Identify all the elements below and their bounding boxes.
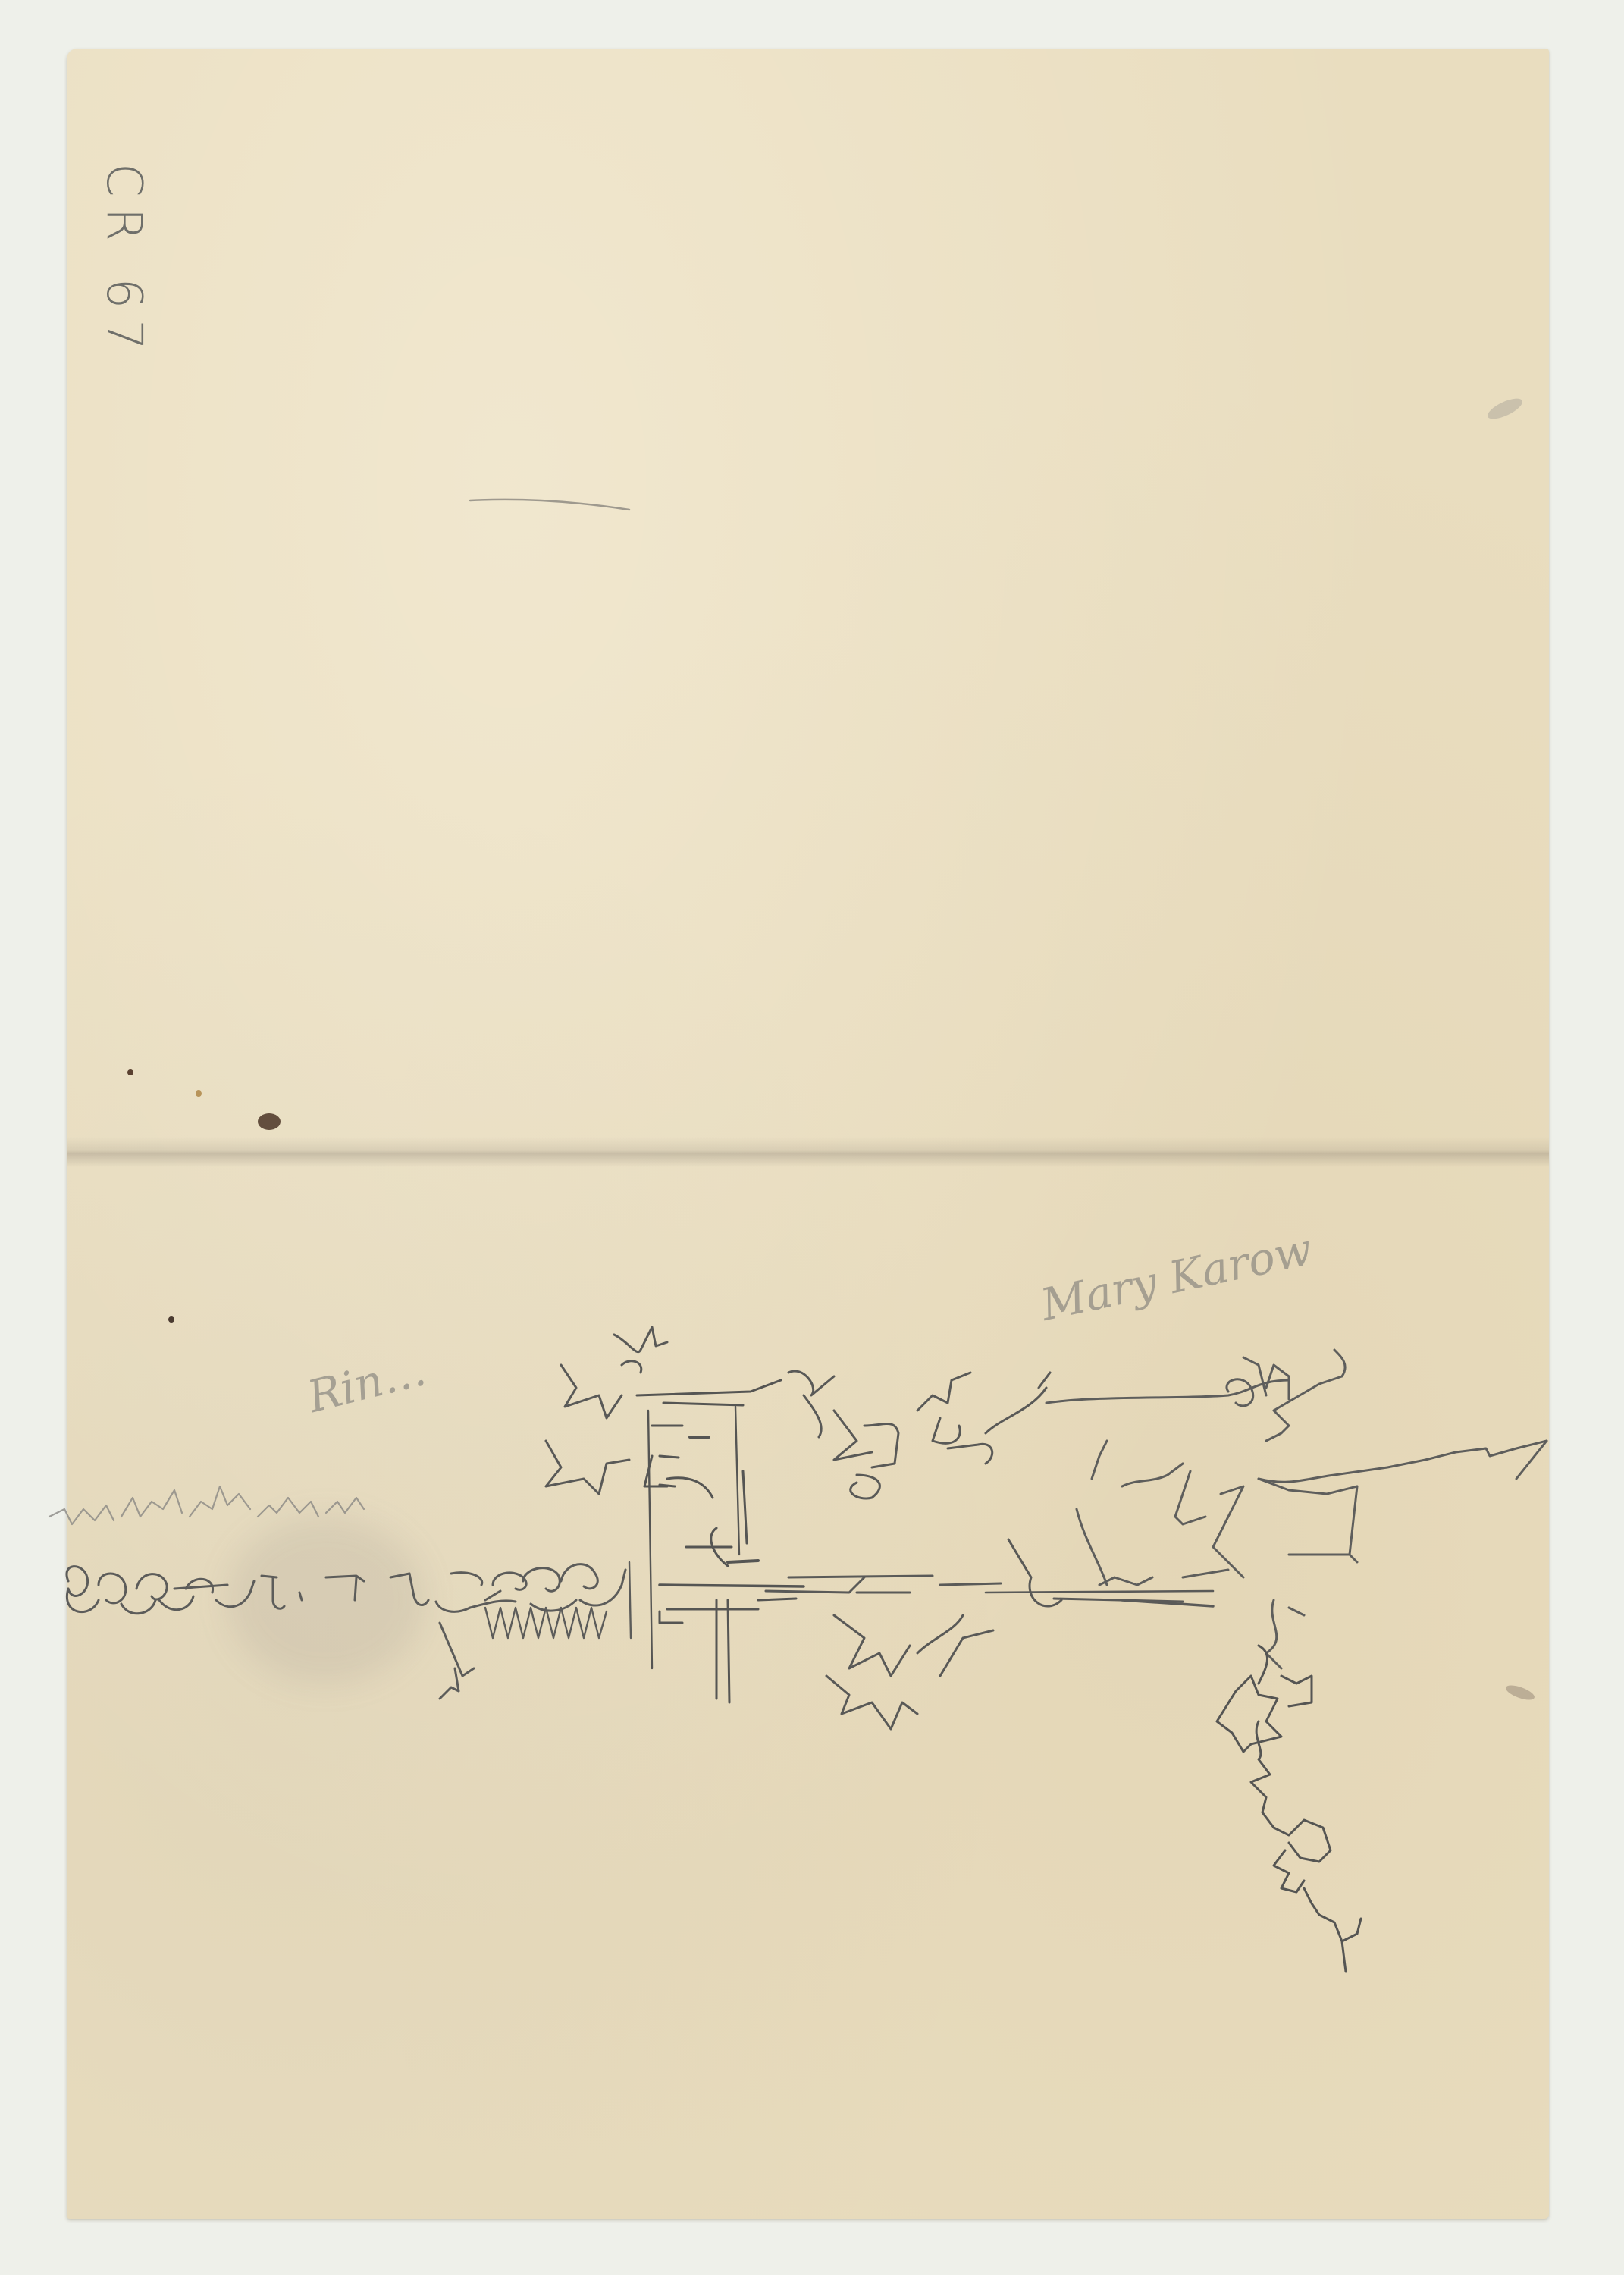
foliage-scrolls <box>546 1327 1061 1729</box>
vine-right <box>1046 1350 1547 1668</box>
ivy-vine <box>1217 1646 1361 1972</box>
pencil-sketch <box>0 0 1624 2275</box>
ornamental-frieze <box>67 1562 631 1699</box>
architectural-pier <box>637 1380 804 1702</box>
foliage-background-left <box>49 1486 364 1524</box>
